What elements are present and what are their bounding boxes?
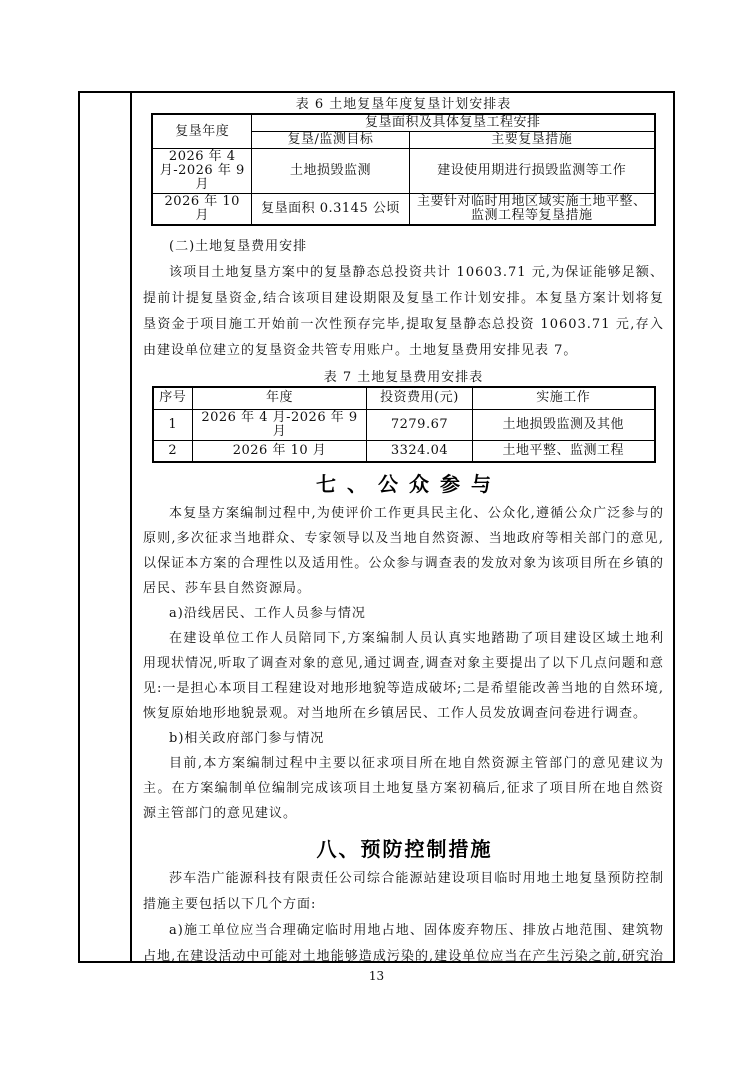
page-number: 13 <box>0 969 753 983</box>
table6-cell-measures: 建设使用期进行损毁监测等工作 <box>409 149 654 194</box>
section8-intro: 莎车浩广能源科技有限责任公司综合能源站建设项目临时用地土地复垦预防控制措施主要包… <box>143 866 664 918</box>
table7-header-cost: 投资费用(元) <box>367 387 473 409</box>
section8-heading: 八、预防控制措施 <box>143 836 664 862</box>
section7-intro: 本复垦方案编制过程中,为使评价工作更具民主化、公众化,遵循公众广泛参与的原则,多… <box>143 501 664 601</box>
table7-header-year: 年度 <box>193 387 367 409</box>
participation-b-heading: b)相关政府部门参与情况 <box>143 726 664 751</box>
table7-cell-index: 1 <box>153 409 193 440</box>
cost-paragraph: 该项目土地复垦方案中的复垦静态总投资共计 10603.71 元,为保证能够足额、… <box>143 260 664 364</box>
table7-cell-year: 2026 年 10 月 <box>193 440 367 462</box>
table7-caption: 表 7 土地复垦费用安排表 <box>143 370 664 386</box>
table6-header-group: 复垦面积及具体复垦工程安排 <box>251 114 654 132</box>
table7-header-row: 序号 年度 投资费用(元) 实施工作 <box>153 387 655 409</box>
table7-row: 2 2026 年 10 月 3324.04 土地平整、监测工程 <box>153 440 655 462</box>
table6-cell-measures: 主要针对临时用地区域实施土地平整、监测工程等复垦措施 <box>409 194 654 226</box>
table6-caption: 表 6 土地复垦年度复垦计划安排表 <box>143 97 664 113</box>
participation-a-heading: a)沿线居民、工作人员参与情况 <box>143 601 664 626</box>
table7: 序号 年度 投资费用(元) 实施工作 1 2026 年 4 月-2026 年 9… <box>152 386 656 463</box>
frame-content: 表 6 土地复垦年度复垦计划安排表 复垦年度 复垦面积及具体复垦工程安排 复垦/… <box>132 93 673 961</box>
table7-cell-cost: 7279.67 <box>367 409 473 440</box>
table6-row: 2026 年 10 月 复垦面积 0.3145 公顷 主要针对临时用地区域实施土… <box>152 194 654 226</box>
table6-cell-year: 2026 年 10 月 <box>152 194 251 226</box>
table7-header-index: 序号 <box>153 387 193 409</box>
table6-header-row-1: 复垦年度 复垦面积及具体复垦工程安排 <box>152 114 654 132</box>
table7-cell-work: 土地平整、监测工程 <box>473 440 655 462</box>
table7-header-work: 实施工作 <box>473 387 655 409</box>
table6: 复垦年度 复垦面积及具体复垦工程安排 复垦/监测目标 主要复垦措施 2026 年… <box>151 113 655 226</box>
table7-cell-work: 土地损毁监测及其他 <box>473 409 655 440</box>
section8-item-a: a)施工单位应当合理确定临时用地占地、固体废弃物压、排放占地范围、建筑物占地,在… <box>143 918 664 961</box>
table6-row: 2026 年 4 月-2026 年 9 月 土地损毁监测 建设使用期进行损毁监测… <box>152 149 654 194</box>
table6-header-year: 复垦年度 <box>152 114 251 149</box>
section7-heading: 七、公众参与 <box>143 471 664 497</box>
participation-b-paragraph: 目前,本方案编制过程中主要以征求项目所在地自然资源主管部门的意见建议为主。在方案… <box>143 751 664 826</box>
table6-cell-target: 土地损毁监测 <box>251 149 409 194</box>
participation-a-paragraph: 在建设单位工作人员陪同下,方案编制人员认真实地踏勘了项目建设区域土地利用现状情况… <box>143 626 664 726</box>
table7-cell-cost: 3324.04 <box>367 440 473 462</box>
table6-cell-target: 复垦面积 0.3145 公顷 <box>251 194 409 226</box>
table6-cell-year: 2026 年 4 月-2026 年 9 月 <box>152 149 251 194</box>
document-page: 表 6 土地复垦年度复垦计划安排表 复垦年度 复垦面积及具体复垦工程安排 复垦/… <box>0 0 753 1066</box>
content-frame: 表 6 土地复垦年度复垦计划安排表 复垦年度 复垦面积及具体复垦工程安排 复垦/… <box>78 91 675 963</box>
frame-left-column <box>80 93 132 961</box>
table7-cell-index: 2 <box>153 440 193 462</box>
cost-section-heading: (二)土地复垦费用安排 <box>143 234 664 260</box>
table6-header-measures: 主要复垦措施 <box>409 132 654 149</box>
table7-row: 1 2026 年 4 月-2026 年 9 月 7279.67 土地损毁监测及其… <box>153 409 655 440</box>
table6-header-target: 复垦/监测目标 <box>251 132 409 149</box>
table7-cell-year: 2026 年 4 月-2026 年 9 月 <box>193 409 367 440</box>
